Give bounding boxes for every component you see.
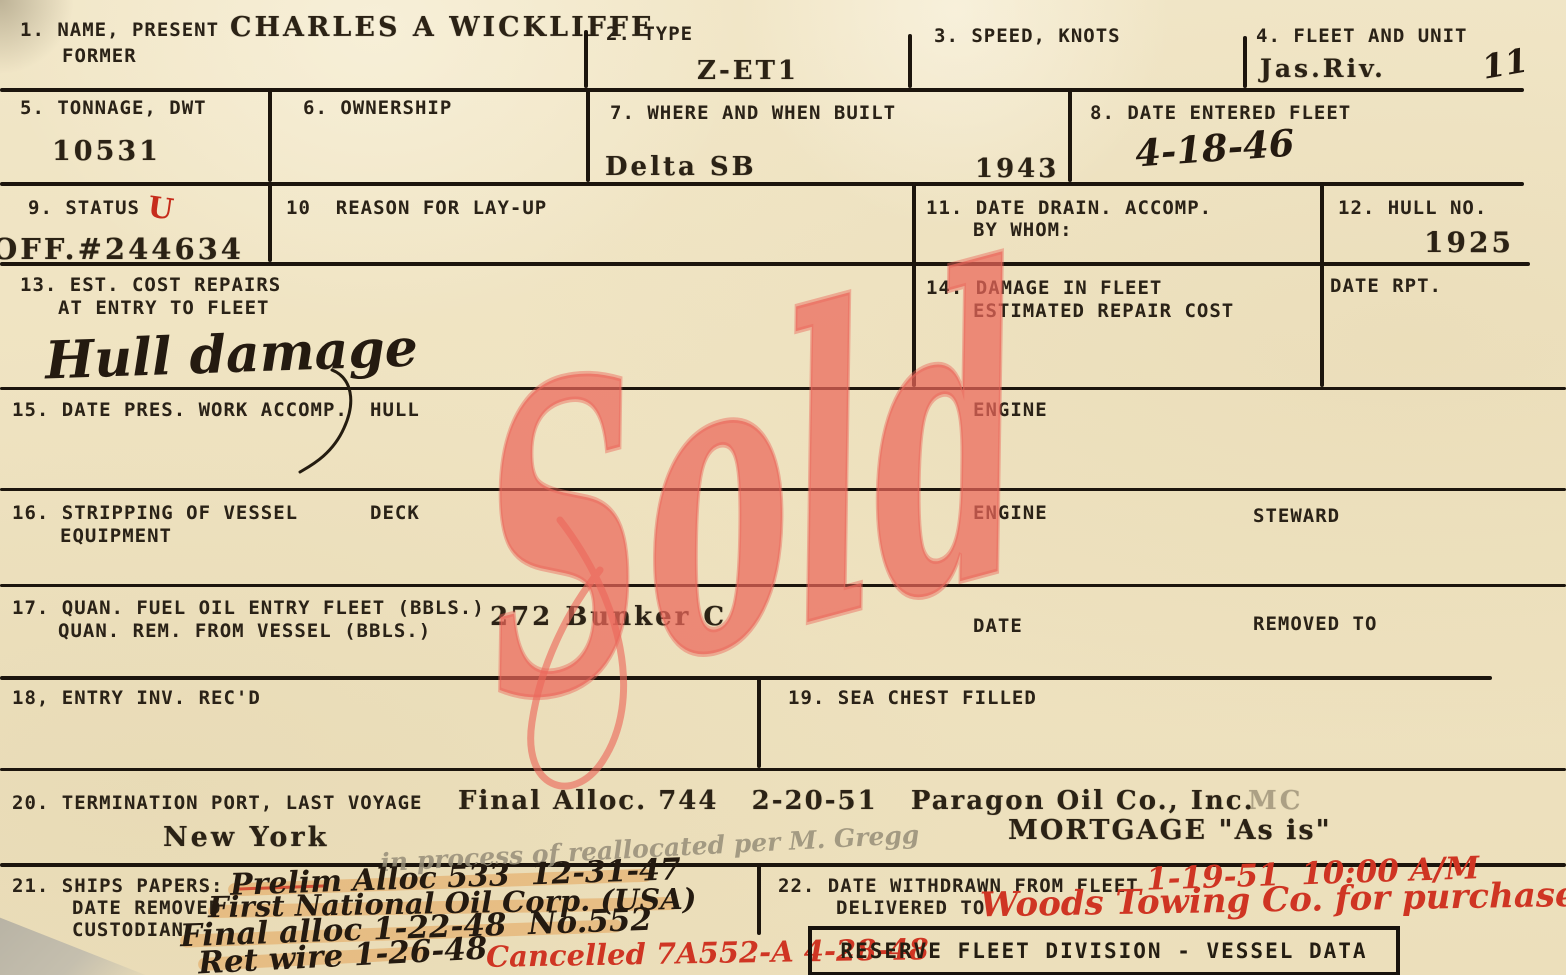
field-4-handwritten-unit: 11	[1479, 40, 1531, 86]
field-13-handwritten: Hull damage	[44, 318, 419, 392]
field-1-sublabel: FORMER	[62, 46, 137, 68]
field-12-label: 12. HULL NO.	[1338, 198, 1487, 220]
grid-vline-6-7	[586, 88, 590, 182]
field-16-label: 16. STRIPPING OF VESSEL	[12, 503, 298, 525]
field-17-value: 272 Bunker C	[490, 602, 727, 632]
banner-box: RESERVE FLEET DIVISION - VESSEL DATA	[808, 926, 1400, 975]
field-14-sublabel: ESTIMATED REPAIR COST	[973, 301, 1234, 323]
field-14-date-rpt-label: DATE RPT.	[1330, 276, 1442, 298]
field-16-sublabel: EQUIPMENT	[60, 526, 172, 548]
field-5-value: 10531	[52, 136, 161, 167]
field-12-value: 1925	[1424, 226, 1514, 259]
grid-vline-10-11	[912, 182, 916, 387]
grid-vline-11-12	[1320, 182, 1324, 387]
field-17-sublabel: QUAN. REM. FROM VESSEL (BBLS.)	[58, 621, 431, 643]
field-22-sublabel: DELIVERED TO	[836, 898, 985, 920]
grid-hline-8	[0, 768, 1566, 771]
field-7-when-value: 1943	[975, 154, 1059, 184]
grid-hline-6	[0, 584, 1566, 587]
field-3-label: 3. SPEED, KNOTS	[934, 26, 1121, 48]
field-17-label: 17. QUAN. FUEL OIL ENTRY FLEET (BBLS.)	[12, 598, 485, 620]
field-20-typed-faint: MC	[1248, 786, 1303, 816]
vessel-data-card: 1. NAME, PRESENT FORMER CHARLES A WICKLI…	[0, 0, 1566, 975]
grid-hline-1	[0, 88, 1524, 92]
field-7-where-value: Delta SB	[605, 152, 757, 182]
grid-hline-4	[0, 387, 1566, 390]
field-16-deck-label: DECK	[370, 503, 420, 525]
grid-vline-9-10	[268, 182, 272, 262]
grid-hline-7	[0, 676, 1492, 680]
field-18-label: 18, ENTRY INV. REC'D	[12, 688, 261, 710]
field-5-label: 5. TONNAGE, DWT	[20, 98, 207, 120]
grid-hline-5	[0, 488, 1566, 491]
grid-vline-21-22	[757, 863, 761, 935]
field-13-label: 13. EST. COST REPAIRS	[20, 275, 281, 297]
field-17-removed-to-label: REMOVED TO	[1253, 614, 1377, 636]
field-8-handwritten-date: 4-18-46	[1134, 120, 1296, 175]
field-11-label: 11. DATE DRAIN. ACCOMP.	[926, 198, 1212, 220]
field-8-label: 8. DATE ENTERED FLEET	[1090, 103, 1351, 125]
field-16-engine-label: ENGINE	[973, 503, 1048, 525]
field-20-label: 20. TERMINATION PORT, LAST VOYAGE	[12, 793, 423, 815]
field-13-sublabel: AT ENTRY TO FLEET	[58, 298, 269, 320]
field-9-official-number: OFF.#244634	[0, 232, 244, 266]
field-20-typed-line: Final Alloc. 744 2-20-51 Paragon Oil Co.…	[458, 786, 1255, 816]
field-20-port-value: New York	[163, 822, 329, 853]
field-11-sublabel: BY WHOM:	[973, 220, 1073, 242]
field-21-label: 21. SHIPS PAPERS:	[12, 876, 223, 898]
field-7-label: 7. WHERE AND WHEN BUILT	[610, 103, 896, 125]
grid-vline-5-6	[268, 88, 272, 182]
field-9-status-mark: U	[146, 189, 176, 226]
field-19-label: 19. SEA CHEST FILLED	[788, 688, 1037, 710]
field-17-date-label: DATE	[973, 616, 1023, 638]
sold-stamp-flourish	[531, 520, 624, 786]
field-15-engine-label: ENGINE	[973, 400, 1048, 422]
field-2-value: Z-ET1	[697, 56, 799, 86]
field-10-label: 10 REASON FOR LAY-UP	[286, 198, 547, 220]
grid-vline-3-4	[1243, 36, 1247, 88]
field-14-label: 14. DAMAGE IN FLEET	[926, 278, 1162, 300]
field-9-label: 9. STATUS	[28, 198, 140, 220]
field-4-label: 4. FLEET AND UNIT	[1256, 26, 1467, 48]
field-4-value: Jas.Riv.	[1260, 54, 1386, 83]
grid-vline-2-3	[908, 34, 912, 88]
field-6-label: 6. OWNERSHIP	[303, 98, 452, 120]
field-15-hull-label: HULL	[370, 400, 420, 422]
field-16-steward-label: STEWARD	[1253, 506, 1340, 528]
field-1-value: CHARLES A WICKLIFFE	[230, 12, 655, 43]
grid-hline-2	[0, 182, 1524, 186]
grid-vline-7-8	[1068, 88, 1072, 182]
banner-title: RESERVE FLEET DIVISION - VESSEL DATA	[840, 939, 1367, 963]
grid-vline-18-19	[757, 676, 761, 768]
field-20-mortgage-note: MORTGAGE "As is"	[1008, 815, 1332, 846]
field-1-label: 1. NAME, PRESENT	[20, 20, 219, 42]
field-2-label: 2. TYPE	[606, 24, 693, 46]
field-15-label: 15. DATE PRES. WORK ACCOMP.	[12, 400, 348, 422]
field-21-sublabel-custodian: CUSTODIAN	[72, 920, 184, 942]
